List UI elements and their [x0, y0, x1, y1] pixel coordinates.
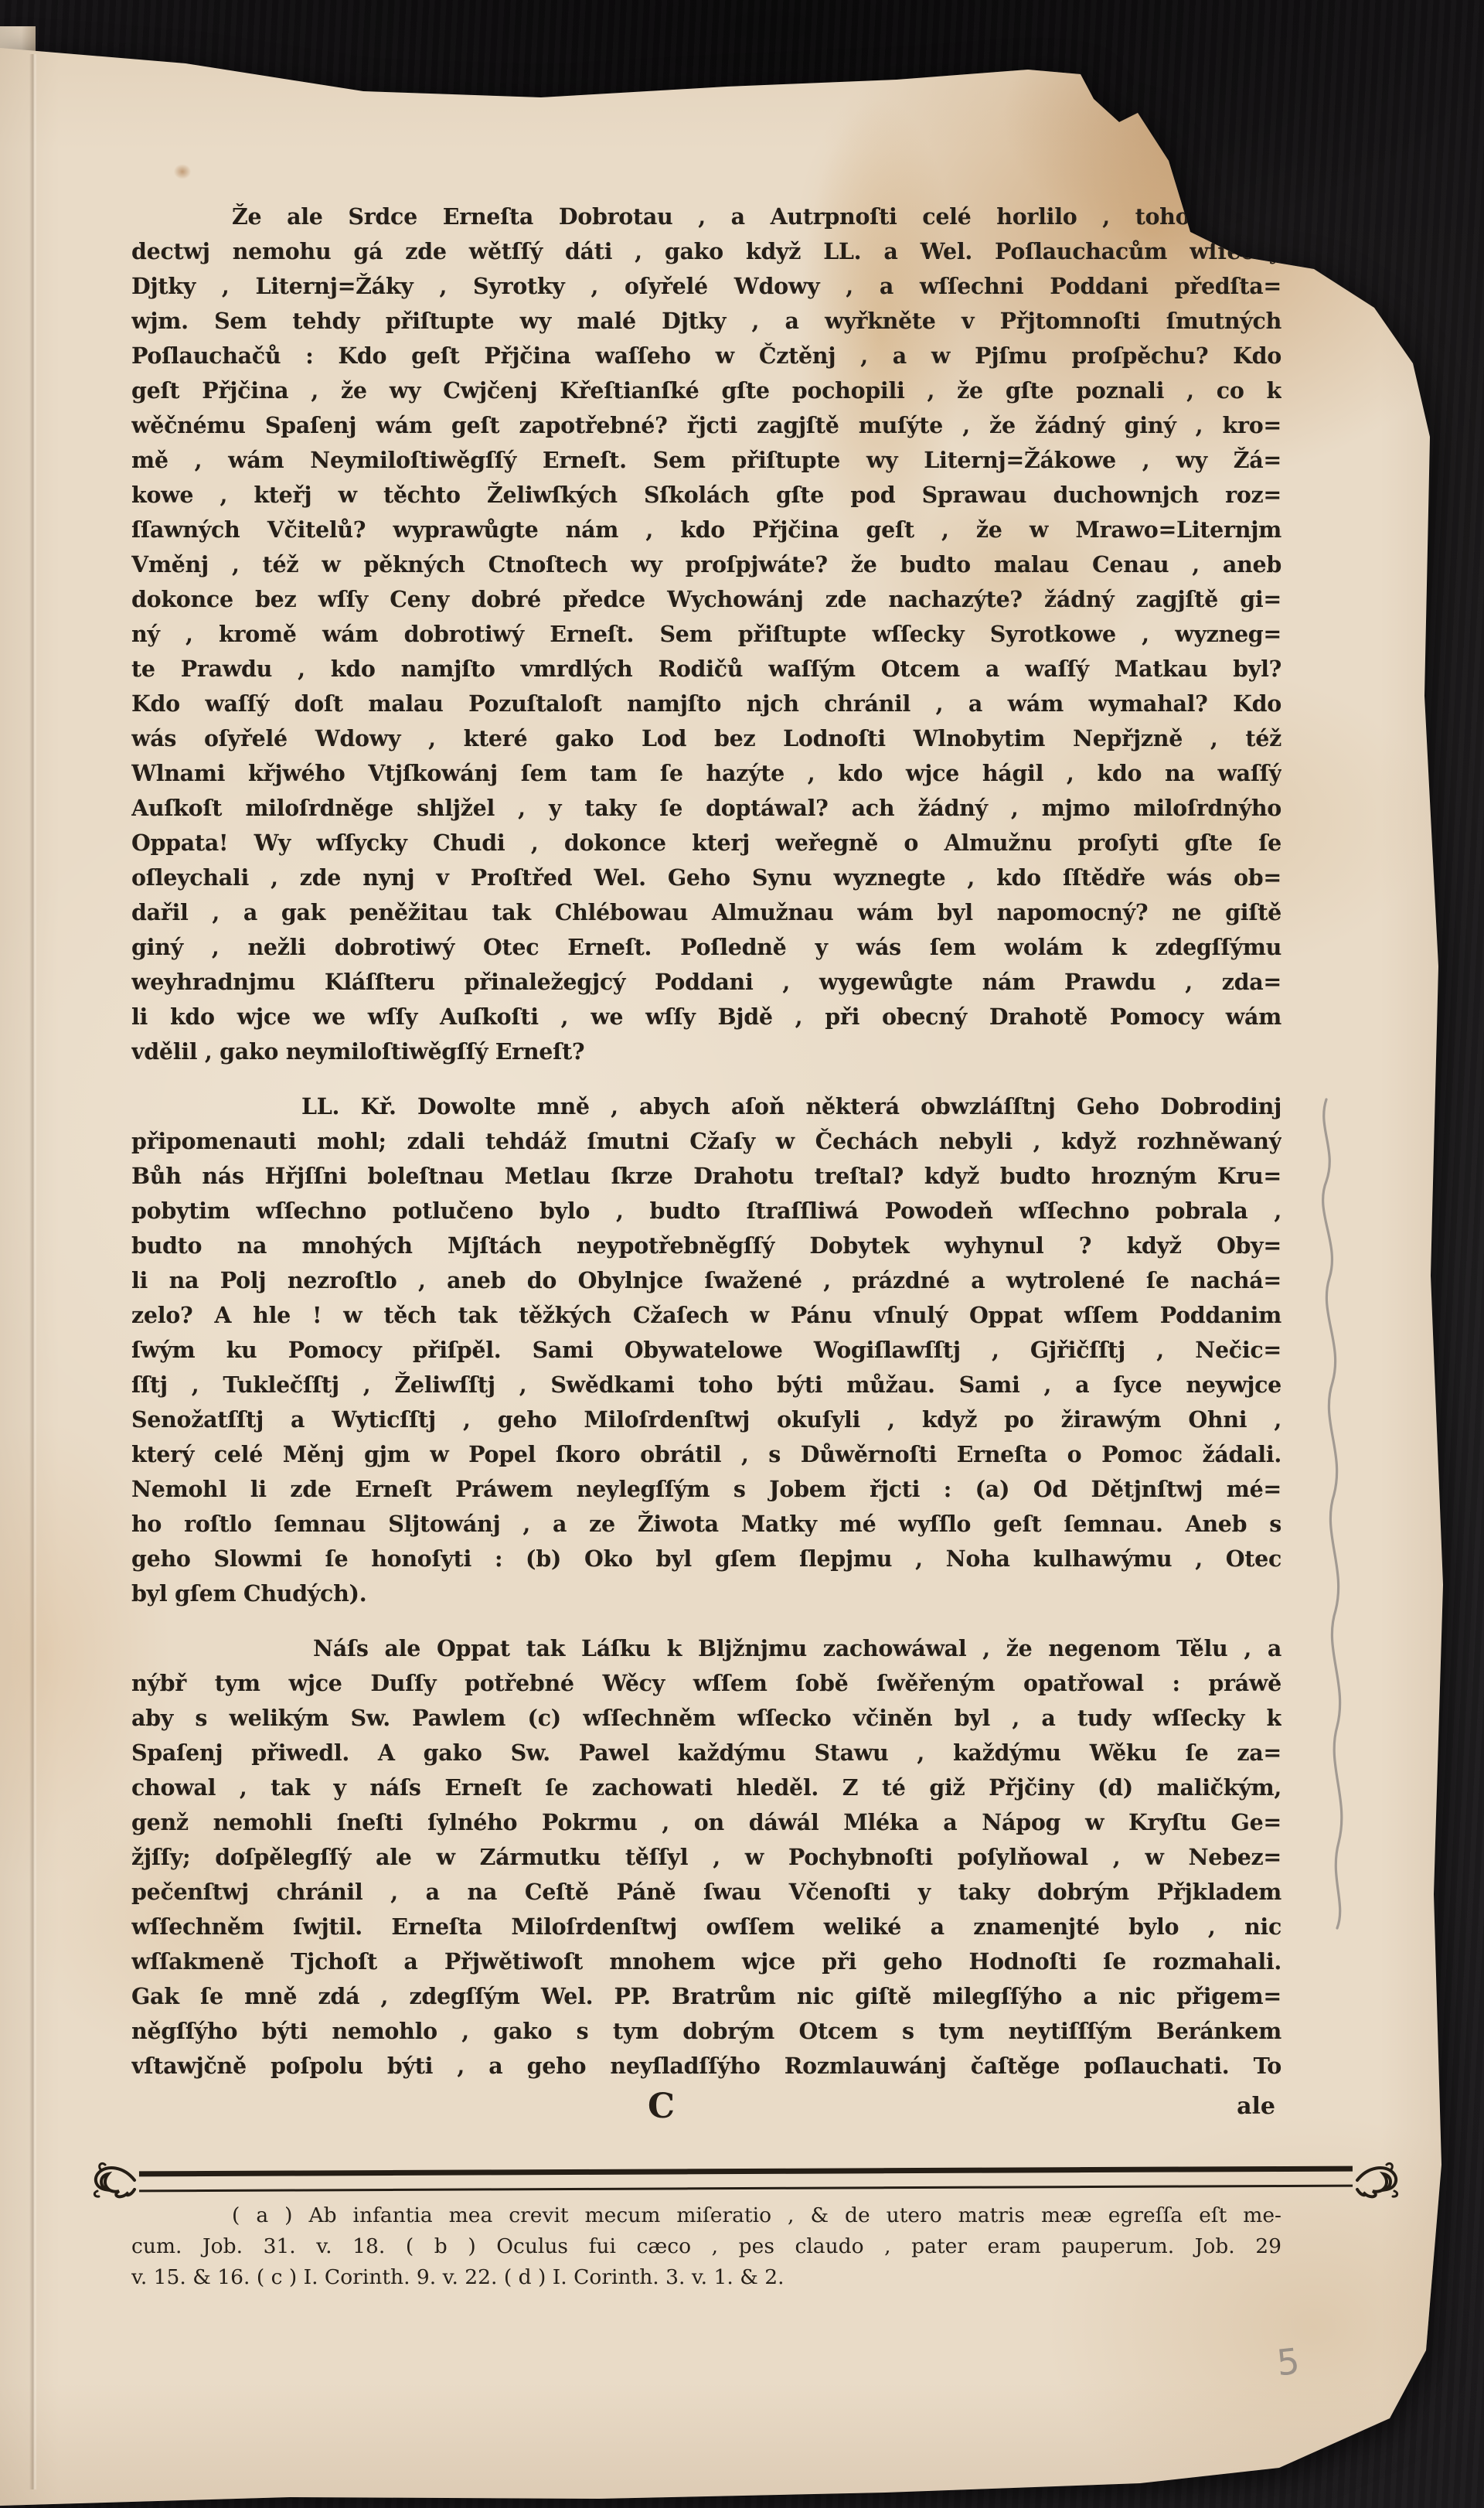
- text-line: připomenauti mohl; zdali tehdáž ſmutni C…: [131, 1124, 1281, 1159]
- text-line: geſt Přjčina , že wy Cwjčenj Křeſtianſké…: [131, 373, 1281, 408]
- text-line: giný , nežli dobrotiwý Otec Erneſt. Poſl…: [131, 930, 1281, 965]
- text-line: který celé Měnj gjm w Popel ſkoro obráti…: [131, 1437, 1281, 1472]
- footnote-line: cum. Job. 31. v. 18. ( b ) Oculus fui cæ…: [131, 2231, 1281, 2262]
- text-line: LL. Kř. Dowolte mně , abych aſoň některá…: [131, 1089, 1281, 1124]
- text-line: Bůh nás Hřjſſni boleſtnau Metlau ſkrze D…: [131, 1159, 1281, 1194]
- text-line: Senožatſſtj a Wyticſſtj , geho Miloſrden…: [131, 1402, 1281, 1437]
- text-line: li na Polj nezroſtlo , aneb do Obylnjce …: [131, 1263, 1281, 1298]
- text-line: wás oſyřelé Wdowy , které gako Lod bez L…: [131, 721, 1281, 756]
- text-line: Gak ſe mně zdá , zdegſſým Wel. PP. Bratr…: [131, 1979, 1281, 2014]
- text-line: Spaſenj přiwedl. A gako Sw. Pawel každým…: [131, 1736, 1281, 1770]
- text-line: Djtky , Liternj=Žáky , Syrotky , oſyřelé…: [131, 269, 1281, 304]
- scanned-page-wrap: Že ale Srdce Erneſta Dobrotau , a Autrpn…: [0, 0, 1484, 2508]
- paragraph-hard-times: LL. Kř. Dowolte mně , abych aſoň některá…: [131, 1089, 1281, 1611]
- paragraph-abbot-charity: Náſs ale Oppat tak Láſku k Bljžnjmu zach…: [131, 1631, 1281, 2084]
- text-line: pobytim wſſechno potlučeno bylo , budto …: [131, 1194, 1281, 1228]
- text-line: mě , wám Neymiloſtiwěgſſý Erneſt. Sem př…: [131, 443, 1281, 478]
- signature-mark: C: [648, 2087, 675, 2126]
- footnote-line: ( a ) Ab infantia mea crevit mecum miſer…: [131, 2200, 1281, 2231]
- text-line: budto na mnohých Mjſtách neypotřebněgſſý…: [131, 1228, 1281, 1263]
- paragraph-address-to-listeners: Že ale Srdce Erneſta Dobrotau , a Autrpn…: [131, 199, 1281, 1069]
- text-line: ſſawných Včitelů? wyprawůgte nám , kdo P…: [131, 513, 1281, 547]
- catchword: ale: [1237, 2093, 1275, 2120]
- gutter-crease: [29, 54, 37, 2489]
- text-line: ho roſtlo ſemnau Sljtowánj , a ze Žiwota…: [131, 1507, 1281, 1542]
- text-line: ſwým ku Pomocy přiſpěl. Sami Obywatelowe…: [131, 1333, 1281, 1368]
- text-line: Kdo waſſý doſt malau Pozuſtaloſt namjſto…: [131, 687, 1281, 721]
- text-line: chowal , tak y náſs Erneſt ſe zachowati …: [131, 1770, 1281, 1805]
- text-line: dectwj nemohu gá zde wětſſý dáti , gako …: [131, 234, 1281, 269]
- text-line: wſſakmeně Tjchoſt a Přjwětiwoſt mnohem w…: [131, 1944, 1281, 1979]
- text-line: Auſkoſt miloſrdněge shljžel , y taky ſe …: [131, 791, 1281, 826]
- text-line: ný , kromě wám dobrotiwý Erneſt. Sem při…: [131, 617, 1281, 652]
- text-line: ſſtj , Tuklečſſtj , Želiwſſtj , Swědkami…: [131, 1368, 1281, 1402]
- floral-ornament-icon: [90, 2159, 138, 2199]
- text-line: nýbř tym wjce Duſſy potřebné Wěcy wſſem …: [131, 1666, 1281, 1701]
- text-line: te Prawdu , kdo namjſto vmrdlých Rodičů …: [131, 652, 1281, 687]
- text-line: kowe , kteřj w těchto Želiwſkých Sſkolác…: [131, 478, 1281, 513]
- text-line: Nemohl li zde Erneſt Práwem neylegſſým s…: [131, 1472, 1281, 1507]
- floral-ornament-icon: [1354, 2159, 1402, 2199]
- text-line: byl gſem Chudých).: [131, 1576, 1281, 1611]
- footnote-line: v. 15. & 16. ( c ) I. Corinth. 9. v. 22.…: [131, 2262, 1281, 2293]
- text-line: Náſs ale Oppat tak Láſku k Bljžnjmu zach…: [131, 1631, 1281, 1666]
- text-line: geho Slowmi ſe honoſyti : (b) Oko byl gſ…: [131, 1542, 1281, 1576]
- text-line: oſleychali , zde nynj v Proſtřed Wel. Ge…: [131, 860, 1281, 895]
- text-line: Vměnj , též w pěkných Ctnoſtech wy proſp…: [131, 547, 1281, 582]
- text-line: vſtawjčně poſpolu býti , a geho neyſladſ…: [131, 2049, 1281, 2084]
- text-line: Wlnami křjwého Vtjſkowánj ſem tam ſe haz…: [131, 756, 1281, 791]
- text-line: Že ale Srdce Erneſta Dobrotau , a Autrpn…: [131, 199, 1281, 234]
- text-line: dařil , a gak peněžitau tak Chlébowau Al…: [131, 895, 1281, 930]
- footnote-separator-rule: [90, 2159, 1402, 2199]
- double-rule: [139, 2166, 1353, 2192]
- text-line: li kdo wjce we wſſy Auſkoſti , we wſſy B…: [131, 1000, 1281, 1034]
- text-line: wěčnému Spaſenj wám geſt zapotřebné? řjc…: [131, 408, 1281, 443]
- text-line: vdělil , gako neymiloſtiwěgſſý Erneſt?: [131, 1034, 1281, 1069]
- pencil-page-number: 5: [1275, 2340, 1302, 2384]
- text-line: zelo? A hle ! w těch tak těžkých Cžaſech…: [131, 1298, 1281, 1333]
- text-line: genž nemohli ſneſti ſylného Pokrmu , on …: [131, 1805, 1281, 1840]
- text-line: pečenſtwj chránil , a na Ceſtě Páně ſwau…: [131, 1875, 1281, 1910]
- footnotes-block: ( a ) Ab infantia mea crevit mecum miſer…: [131, 2200, 1281, 2293]
- text-line: dokonce bez wſſy Ceny dobré předce Wycho…: [131, 582, 1281, 617]
- text-line: wjm. Sem tehdy přiſtupte wy malé Djtky ,…: [131, 304, 1281, 339]
- scanned-page: Že ale Srdce Erneſta Dobrotau , a Autrpn…: [0, 0, 1484, 2508]
- text-line: žjſſy; doſpělegſſý ale w Zármutku těſſyl…: [131, 1840, 1281, 1875]
- pencil-squiggle-mark: [1303, 1096, 1357, 1931]
- text-line: weyhradnjmu Kláſſteru přinaležegjcý Podd…: [131, 965, 1281, 1000]
- text-line: něgſſýho býti nemohlo , gako s tym dobrý…: [131, 2014, 1281, 2049]
- text-line: Oppata! Wy wſſycky Chudi , dokonce kterj…: [131, 826, 1281, 860]
- text-line: wſſechněm ſwjtil. Erneſta Miloſrdenſtwj …: [131, 1910, 1281, 1944]
- main-text-block: Že ale Srdce Erneſta Dobrotau , a Autrpn…: [131, 199, 1281, 2127]
- text-line: aby s welikým Sw. Pawlem (c) wſſechněm w…: [131, 1701, 1281, 1736]
- text-line: Poſlauchačů : Kdo geſt Přjčina waſſeho w…: [131, 339, 1281, 373]
- catchword-row: C ale: [131, 2087, 1281, 2127]
